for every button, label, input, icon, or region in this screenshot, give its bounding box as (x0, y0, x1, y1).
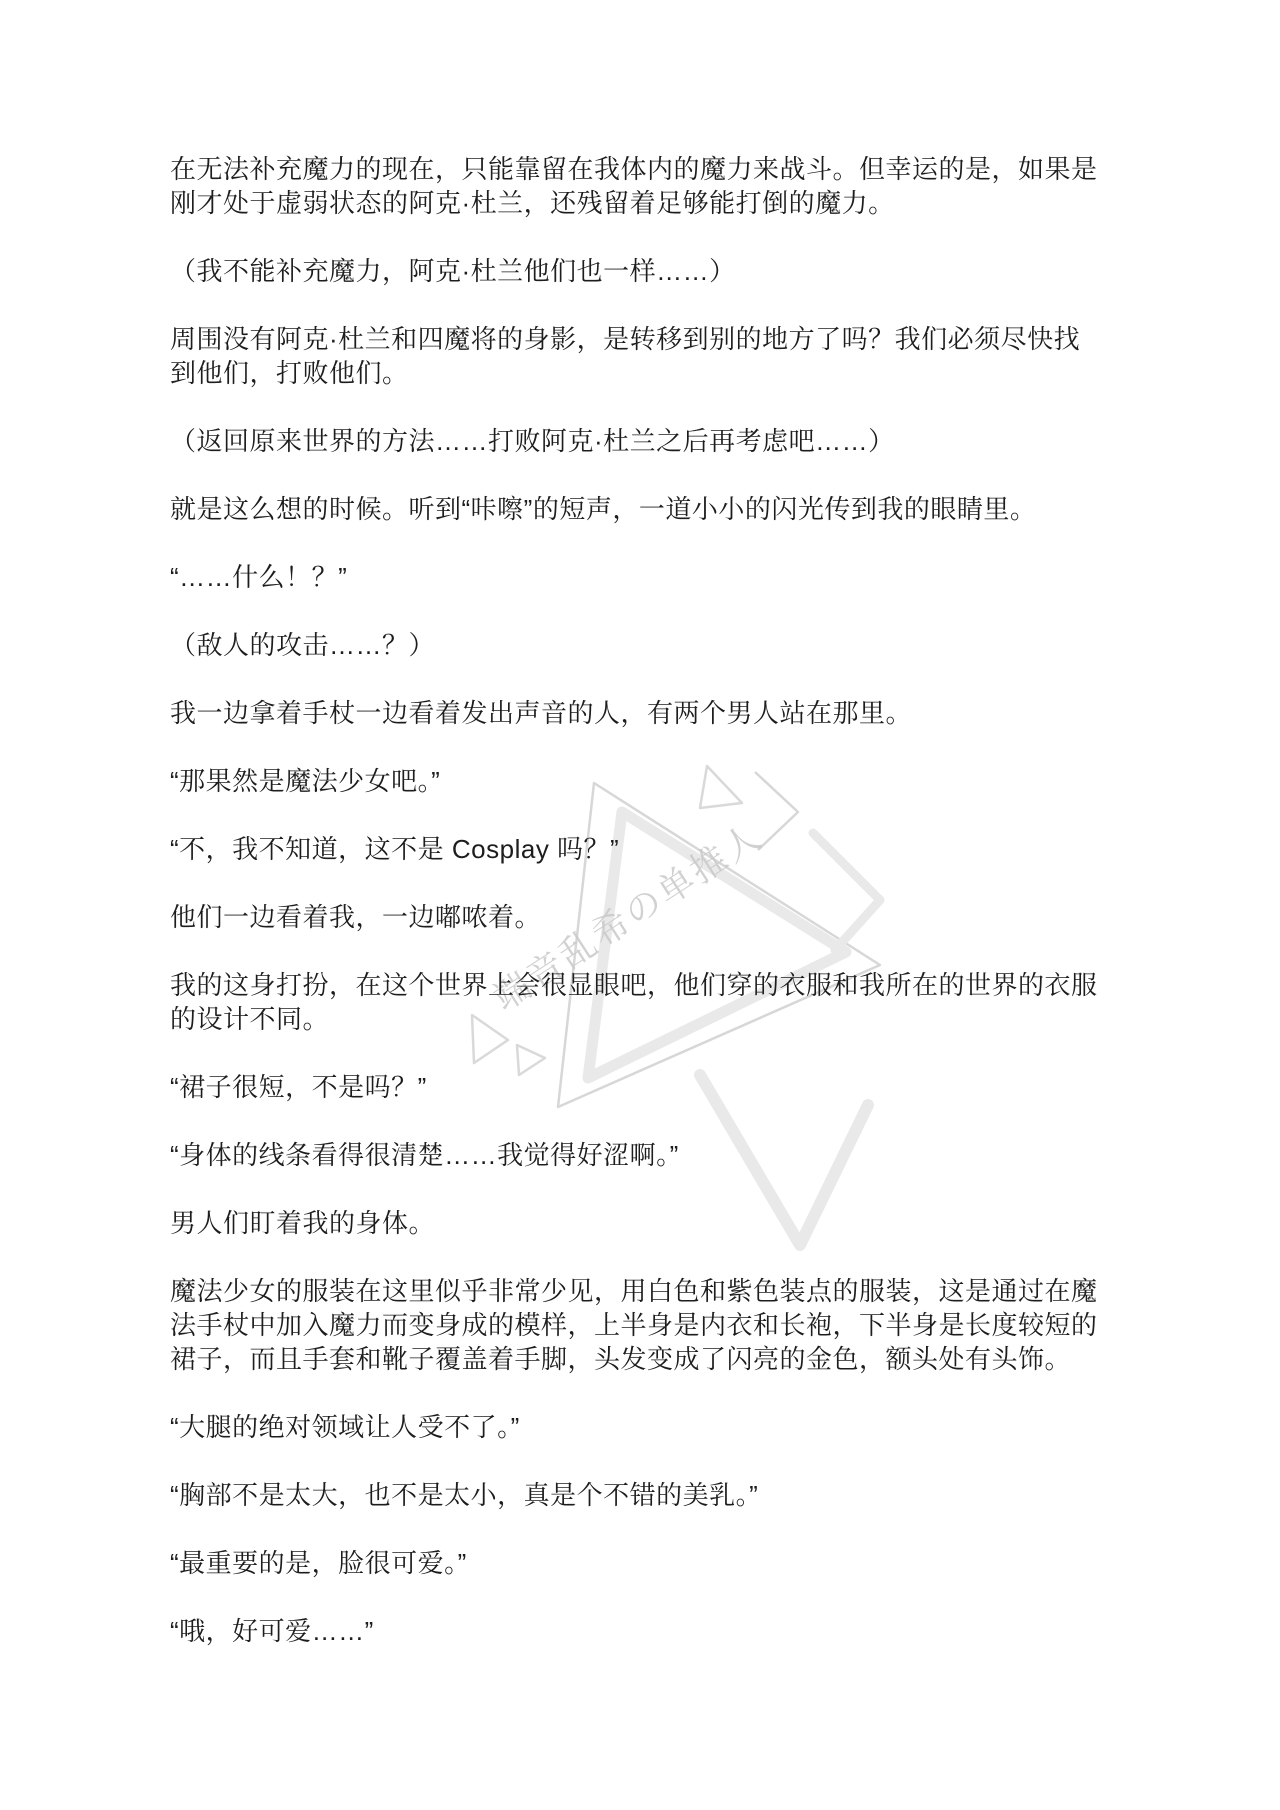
paragraph-line: （敌人的攻击……？） (170, 628, 1114, 662)
paragraph: “胸部不是太大，也不是太小，真是个不错的美乳。” (170, 1478, 1114, 1512)
paragraph-line: 在无法补充魔力的现在，只能靠留在我体内的魔力来战斗。但幸运的是，如果是 (170, 152, 1114, 186)
paragraph: “不，我不知道，这不是 Cosplay 吗？” (170, 832, 1114, 866)
document-page: 端音乱希の单推人 在无法补充魔力的现在，只能靠留在我体内的魔力来战斗。但幸运的是… (0, 0, 1280, 1810)
paragraph-line: 到他们，打败他们。 (170, 356, 1114, 390)
paragraph-line: “最重要的是，脸很可爱。” (170, 1546, 1114, 1580)
paragraph: “……什么！？” (170, 560, 1114, 594)
paragraph-line: 就是这么想的时候。听到“咔嚓”的短声，一道小小的闪光传到我的眼睛里。 (170, 492, 1114, 526)
paragraph: “最重要的是，脸很可爱。” (170, 1546, 1114, 1580)
paragraph-line: 裙子，而且手套和靴子覆盖着手脚，头发变成了闪亮的金色，额头处有头饰。 (170, 1342, 1114, 1376)
paragraph-line: 周围没有阿克·杜兰和四魔将的身影，是转移到别的地方了吗？我们必须尽快找 (170, 322, 1114, 356)
paragraph-line: 刚才处于虚弱状态的阿克·杜兰，还残留着足够能打倒的魔力。 (170, 186, 1114, 220)
paragraph-line: “那果然是魔法少女吧。” (170, 764, 1114, 798)
paragraph-line: 男人们盯着我的身体。 (170, 1206, 1114, 1240)
paragraph: 他们一边看着我，一边嘟哝着。 (170, 900, 1114, 934)
paragraph: “身体的线条看得很清楚……我觉得好涩啊。” (170, 1138, 1114, 1172)
paragraph-line: “哦，好可爱……” (170, 1614, 1114, 1648)
paragraph-line: 的设计不同。 (170, 1002, 1114, 1036)
paragraph: （我不能补充魔力，阿克·杜兰他们也一样……） (170, 254, 1114, 288)
paragraph: “裙子很短，不是吗？” (170, 1070, 1114, 1104)
paragraph: （敌人的攻击……？） (170, 628, 1114, 662)
paragraph-line: “裙子很短，不是吗？” (170, 1070, 1114, 1104)
paragraph: 我一边拿着手杖一边看着发出声音的人，有两个男人站在那里。 (170, 696, 1114, 730)
paragraph-line: 我的这身打扮，在这个世界上会很显眼吧，他们穿的衣服和我所在的世界的衣服 (170, 968, 1114, 1002)
paragraph: 就是这么想的时候。听到“咔嚓”的短声，一道小小的闪光传到我的眼睛里。 (170, 492, 1114, 526)
paragraph: 周围没有阿克·杜兰和四魔将的身影，是转移到别的地方了吗？我们必须尽快找到他们，打… (170, 322, 1114, 390)
paragraph-line: “身体的线条看得很清楚……我觉得好涩啊。” (170, 1138, 1114, 1172)
paragraph: “大腿的绝对领域让人受不了。” (170, 1410, 1114, 1444)
paragraph: “哦，好可爱……” (170, 1614, 1114, 1648)
paragraph-line: 法手杖中加入魔力而变身成的模样，上半身是内衣和长袍，下半身是长度较短的 (170, 1308, 1114, 1342)
paragraph: 我的这身打扮，在这个世界上会很显眼吧，他们穿的衣服和我所在的世界的衣服的设计不同… (170, 968, 1114, 1036)
paragraph-line: （返回原来世界的方法……打败阿克·杜兰之后再考虑吧……） (170, 424, 1114, 458)
paragraph: 男人们盯着我的身体。 (170, 1206, 1114, 1240)
paragraph-line: 他们一边看着我，一边嘟哝着。 (170, 900, 1114, 934)
paragraph-line: （我不能补充魔力，阿克·杜兰他们也一样……） (170, 254, 1114, 288)
paragraph-line: “胸部不是太大，也不是太小，真是个不错的美乳。” (170, 1478, 1114, 1512)
paragraph-line: 魔法少女的服装在这里似乎非常少见，用白色和紫色装点的服装，这是通过在魔 (170, 1274, 1114, 1308)
paragraph-line: “大腿的绝对领域让人受不了。” (170, 1410, 1114, 1444)
paragraph: “那果然是魔法少女吧。” (170, 764, 1114, 798)
paragraph: 在无法补充魔力的现在，只能靠留在我体内的魔力来战斗。但幸运的是，如果是刚才处于虚… (170, 152, 1114, 220)
paragraph: 魔法少女的服装在这里似乎非常少见，用白色和紫色装点的服装，这是通过在魔法手杖中加… (170, 1274, 1114, 1376)
paragraph: （返回原来世界的方法……打败阿克·杜兰之后再考虑吧……） (170, 424, 1114, 458)
paragraph-line: 我一边拿着手杖一边看着发出声音的人，有两个男人站在那里。 (170, 696, 1114, 730)
novel-text-body: 在无法补充魔力的现在，只能靠留在我体内的魔力来战斗。但幸运的是，如果是刚才处于虚… (170, 152, 1114, 1682)
paragraph-line: “……什么！？” (170, 560, 1114, 594)
paragraph-line: “不，我不知道，这不是 Cosplay 吗？” (170, 832, 1114, 866)
